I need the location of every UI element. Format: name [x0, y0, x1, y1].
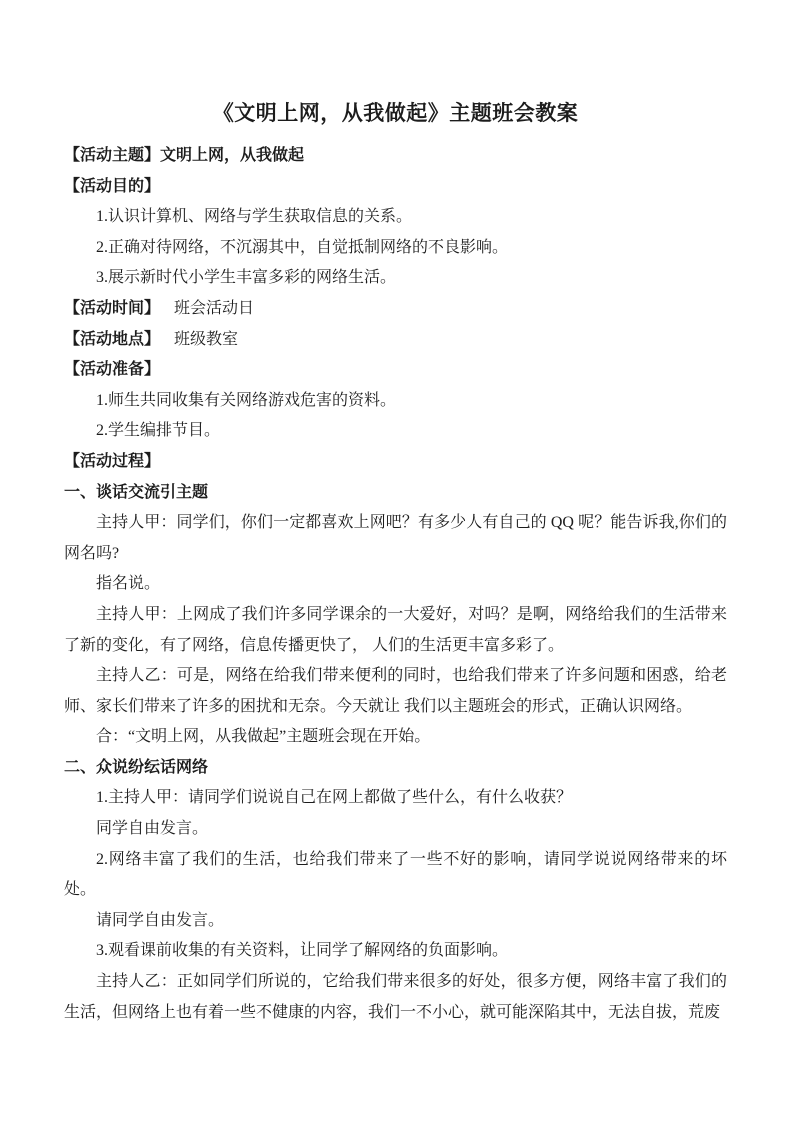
theme-label: 【活动主题】: [64, 147, 160, 164]
time-row: 【活动时间】班会活动日: [64, 294, 727, 325]
dialogue-paragraph: 主持人甲：同学们，你们一定都喜欢上网吧？有多少人有自己的 QQ 呢？能告诉我,你…: [64, 508, 727, 569]
place-label: 【活动地点】: [64, 331, 160, 348]
dialogue-paragraph: 主持人乙：可是，网络在给我们带来便利的同时，也给我们带来了许多问题和困惑，给老师…: [64, 661, 727, 722]
prep-item: 2.学生编排节目。: [64, 416, 727, 447]
purpose-header: 【活动目的】: [64, 172, 727, 203]
place-value: 班级教室: [174, 331, 238, 348]
part2-heading: 二、众说纷纭话网络: [64, 753, 727, 784]
document-title: 《文明上网，从我做起》主题班会教案: [64, 101, 727, 127]
part1-heading: 一、谈话交流引主题: [64, 478, 727, 509]
prep-item: 1.师生共同收集有关网络游戏危害的资料。: [64, 386, 727, 417]
dialogue-paragraph: 2.网络丰富了我们的生活，也给我们带来了一些不好的影响，请同学说说网络带来的坏处…: [64, 845, 727, 906]
theme-row: 【活动主题】文明上网，从我做起: [64, 141, 727, 172]
prep-header: 【活动准备】: [64, 355, 727, 386]
stage-direction: 指名说。: [64, 569, 727, 600]
time-label: 【活动时间】: [64, 300, 160, 317]
place-row: 【活动地点】班级教室: [64, 325, 727, 356]
dialogue-paragraph: 主持人甲：上网成了我们许多同学课余的一大爱好，对吗？是啊，网络给我们的生活带来了…: [64, 600, 727, 661]
dialogue-paragraph: 主持人乙：正如同学们所说的，它给我们带来很多的好处，很多方便，网络丰富了我们的生…: [64, 967, 727, 1028]
dialogue-paragraph: 1.主持人甲：请同学们说说自己在网上都做了些什么，有什么收获？: [64, 783, 727, 814]
purpose-item: 3.展示新时代小学生丰富多彩的网络生活。: [64, 263, 727, 294]
purpose-item: 2.正确对待网络，不沉溺其中，自觉抵制网络的不良影响。: [64, 233, 727, 264]
process-header: 【活动过程】: [64, 447, 727, 478]
stage-direction: 同学自由发言。: [64, 814, 727, 845]
theme-value: 文明上网，从我做起: [160, 147, 304, 164]
dialogue-paragraph: 3.观看课前收集的有关资料，让同学了解网络的负面影响。: [64, 936, 727, 967]
purpose-item: 1.认识计算机、网络与学生获取信息的关系。: [64, 202, 727, 233]
dialogue-paragraph: 合：“文明上网，从我做起”主题班会现在开始。: [64, 722, 727, 753]
time-value: 班会活动日: [174, 300, 254, 317]
stage-direction: 请同学自由发言。: [64, 906, 727, 937]
document-page: 《文明上网，从我做起》主题班会教案 【活动主题】文明上网，从我做起 【活动目的】…: [0, 0, 793, 1122]
